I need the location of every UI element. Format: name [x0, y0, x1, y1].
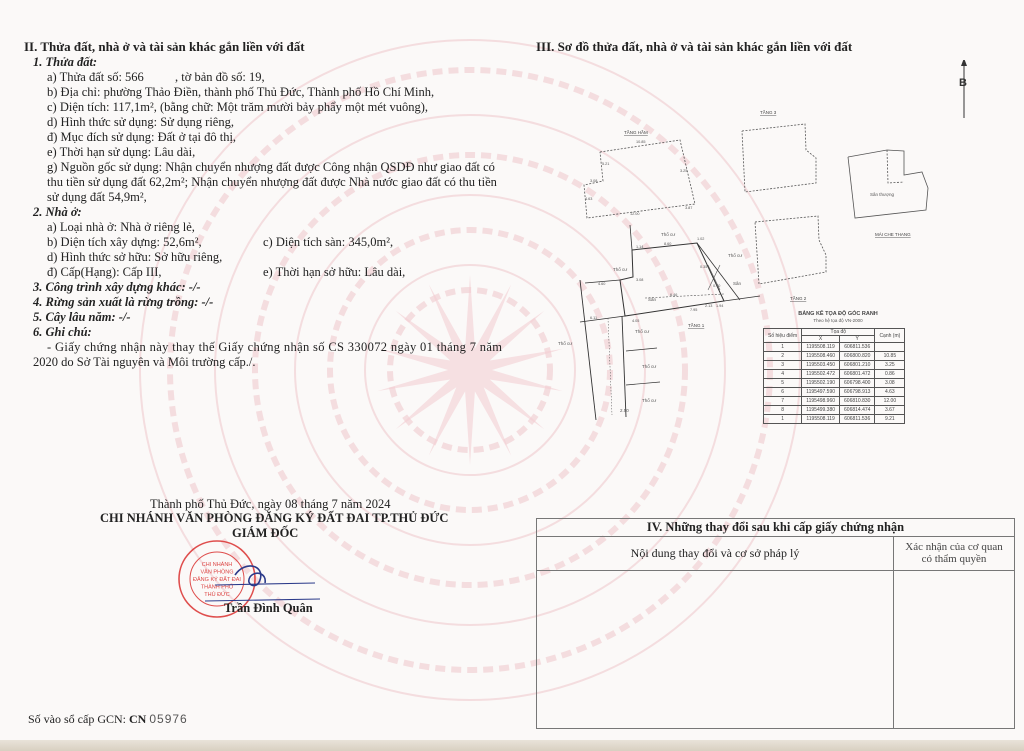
- authority-confirmation-header: Xác nhận của cơ quan có thẩm quyền: [894, 537, 1014, 570]
- coord-row: 61195497.590606798.9134.63: [764, 388, 905, 397]
- svg-text:3.08: 3.08: [636, 278, 643, 282]
- coord-row: 21195508.460606800.82010.85: [764, 352, 905, 361]
- origin-line-3: sử dụng đất 54,9m²,: [47, 190, 147, 205]
- use-term: e) Thời hạn sử dụng: Lâu dài,: [47, 145, 195, 160]
- registry-line: Số vào sổ cấp GCN: CN 05976: [28, 712, 188, 727]
- authority-header-line-2: có thẩm quyền: [894, 553, 1014, 565]
- ownership-form: d) Hình thức sở hữu: Sở hữu riêng,: [47, 250, 222, 265]
- use-purpose: đ) Mục đích sử dụng: Đất ở tại đô thị,: [47, 130, 236, 145]
- svg-text:Thổ cư: Thổ cư: [642, 363, 656, 369]
- registry-label: Số vào sổ cấp GCN:: [28, 712, 126, 726]
- coord-row: 81195499.380606814.4743.67: [764, 406, 905, 415]
- origin-line-2: thu tiền sử dụng đất 62,2m²; Nhận chuyển…: [47, 175, 497, 190]
- svg-text:7.95: 7.95: [690, 308, 697, 312]
- house-grade: đ) Cấp(Hạng): Cấp III,: [47, 265, 162, 280]
- changes-content-header: Nội dung thay đổi và cơ sở pháp lý: [537, 537, 894, 570]
- col-coords: Tọa độ: [802, 329, 875, 336]
- col-edge: Cạnh (m): [875, 329, 905, 343]
- floor-area: c) Diện tích sàn: 345,0m²,: [263, 235, 393, 250]
- svg-text:6.46: 6.46: [670, 293, 677, 297]
- col-point: Số hiệu điểm: [764, 329, 802, 343]
- coord-row: 31195503.450606801.2103.25: [764, 361, 905, 370]
- svg-text:4.05: 4.05: [632, 319, 639, 323]
- svg-text:TẦNG HẦM: TẦNG HẦM: [624, 129, 648, 135]
- coord-row: 71195498.960606810.83012.00: [764, 397, 905, 406]
- svg-text:Thổ cư: Thổ cư: [728, 252, 742, 258]
- coord-row: 41195502.472606801.4720.86: [764, 370, 905, 379]
- svg-text:12.00: 12.00: [630, 212, 640, 216]
- svg-text:Thổ cư: Thổ cư: [661, 231, 675, 237]
- svg-text:2.13: 2.13: [705, 304, 712, 308]
- svg-text:0.70: 0.70: [713, 284, 720, 288]
- svg-text:Thổ cư: Thổ cư: [558, 340, 572, 346]
- svg-text:3.08: 3.08: [590, 179, 597, 183]
- svg-text:Sân: Sân: [733, 281, 742, 286]
- svg-text:Thổ cư: Thổ cư: [613, 266, 627, 272]
- svg-text:3.87: 3.87: [685, 206, 692, 210]
- use-form: d) Hình thức sử dụng: Sử dụng riêng,: [47, 115, 234, 130]
- svg-text:8.60: 8.60: [664, 242, 671, 246]
- svg-text:2.50: 2.50: [620, 408, 629, 413]
- address: b) Địa chỉ: phường Thảo Điền, thành phố …: [47, 85, 434, 100]
- svg-text:MÁI CHE THANG: MÁI CHE THANG: [875, 231, 911, 237]
- authority-header-line-1: Xác nhận của cơ quan: [894, 541, 1014, 553]
- svg-text:TẦNG 1: TẦNG 1: [688, 322, 705, 328]
- other-construction: 3. Công trình xây dựng khác: -/-: [33, 280, 201, 295]
- changes-table: IV. Những thay đổi sau khi cấp giấy chứn…: [536, 518, 1015, 729]
- issuing-office: CHI NHÁNH VĂN PHÒNG ĐĂNG KÝ ĐẤT ĐAI TP.T…: [100, 511, 448, 526]
- land-heading: 1. Thửa đất:: [33, 55, 97, 70]
- origin-line-1: g) Nguồn gốc sử dụng: Nhận chuyển nhượng…: [47, 160, 495, 175]
- svg-text:TẦNG 3: TẦNG 3: [760, 109, 777, 115]
- notes-line-1: - Giấy chứng nhận này thay thế Giấy chứn…: [47, 340, 502, 355]
- production-forest: 4. Rừng sản xuất là rừng trồng: -/-: [33, 295, 213, 310]
- svg-text:1.02: 1.02: [697, 237, 704, 241]
- registry-number: 05976: [149, 712, 187, 726]
- land-area: c) Diện tích: 117,1m², (bằng chữ: Một tr…: [47, 100, 428, 115]
- parcel-number: a) Thửa đất số: 566: [47, 70, 144, 85]
- house-type: a) Loại nhà ở: Nhà ở riêng lẻ,: [47, 220, 195, 235]
- svg-text:TẦNG 2: TẦNG 2: [790, 295, 807, 301]
- svg-text:Sân thượng: Sân thượng: [870, 192, 894, 197]
- paper-edge: [0, 740, 1024, 751]
- notes-heading: 6. Ghi chú:: [33, 325, 92, 340]
- coord-row: 51195502.190606798.4003.08: [764, 379, 905, 388]
- signer-name: Trần Đình Quân: [224, 601, 313, 616]
- svg-text:5.21: 5.21: [602, 162, 609, 166]
- section-2-title: II. Thửa đất, nhà ở và tài sản khác gắn …: [24, 39, 305, 54]
- svg-text:1.94: 1.94: [716, 304, 723, 308]
- coord-row: 11195508.119606811.5369.21: [764, 415, 905, 424]
- coord-row: 11195508.119606811.536: [764, 343, 905, 352]
- col-x: X: [802, 336, 840, 343]
- ownership-term: e) Thời hạn sở hữu: Lâu dài,: [263, 265, 405, 280]
- section-3-title: III. Sơ đồ thửa đất, nhà ở và tài sản kh…: [536, 39, 852, 54]
- svg-text:10.85: 10.85: [636, 140, 646, 144]
- north-arrow-icon: [961, 60, 967, 118]
- perennial-trees: 5. Cây lâu năm: -/-: [33, 310, 131, 325]
- coord-table-subtitle: Theo hệ tọa độ VN-2000: [763, 318, 913, 323]
- col-y: Y: [840, 336, 875, 343]
- svg-text:4.63: 4.63: [585, 197, 592, 201]
- svg-text:Thổ cư: Thổ cư: [642, 397, 656, 403]
- svg-text:Sân: Sân: [648, 297, 657, 302]
- section-4-title: IV. Những thay đổi sau khi cấp giấy chứn…: [537, 519, 1014, 537]
- svg-text:B: B: [959, 77, 967, 89]
- coord-table-title: BẢNG KÊ TỌA ĐỘ GÓC RANH: [763, 311, 913, 317]
- svg-text:3.25: 3.25: [680, 169, 687, 173]
- build-area: b) Diện tích xây dựng: 52,6m²,: [47, 235, 202, 250]
- house-heading: 2. Nhà ở:: [33, 205, 82, 220]
- notes-line-2: 2020 do Sở Tài nguyên và Môi trường cấp.…: [33, 355, 256, 370]
- registry-prefix: CN: [129, 712, 146, 726]
- map-sheet: , tờ bản đồ số: 19,: [175, 70, 265, 85]
- svg-text:0.35: 0.35: [700, 265, 707, 269]
- issue-date: Thành phố Thủ Đức, ngày 08 tháng 7 năm 2…: [150, 497, 391, 512]
- svg-text:6.11: 6.11: [590, 316, 597, 320]
- svg-text:4.60: 4.60: [598, 282, 605, 286]
- svg-text:Thổ cư: Thổ cư: [635, 328, 649, 334]
- svg-text:1.14: 1.14: [636, 245, 643, 249]
- coordinate-table: Số hiệu điểm Tọa độ Cạnh (m) X Y 1119550…: [763, 328, 905, 424]
- changes-content-cell: [537, 571, 894, 729]
